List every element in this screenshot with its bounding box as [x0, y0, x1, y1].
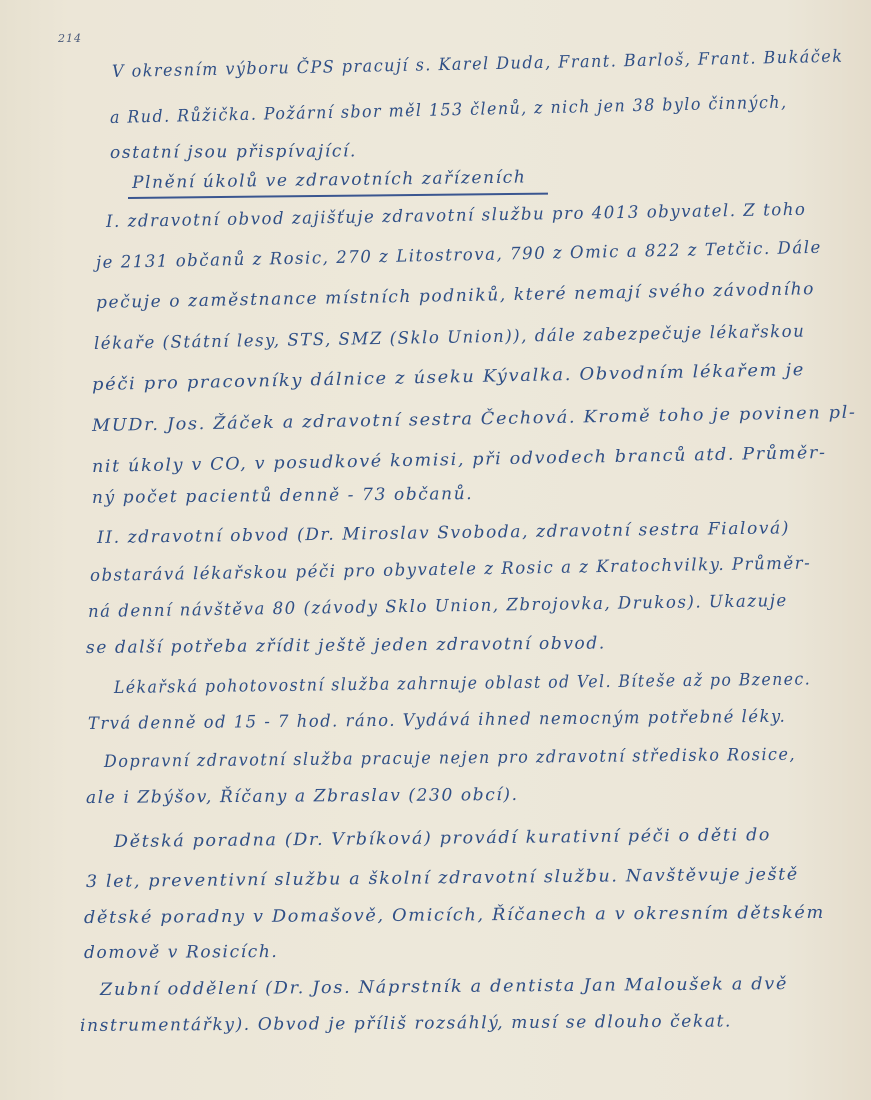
text-line: ný počet pacientů denně - 73 občanů. [92, 484, 473, 508]
text-line: je 2131 občanů z Rosic, 270 z Litostrova… [96, 238, 822, 273]
page-number: 214 [58, 32, 82, 45]
text-line: V okresním výboru ČPS pracují s. Karel D… [112, 47, 844, 82]
section-heading: Plnění úkolů ve zdravotních zařízeních [132, 167, 527, 193]
text-line: lékaře (Státní lesy, STS, SMZ (Sklo Unio… [94, 322, 806, 354]
text-line: obstarává lékařskou péči pro obyvatele z… [90, 553, 812, 586]
text-line: Lékařská pohotovostní služba zahrnuje ob… [114, 669, 811, 698]
text-line: ale i Zbýšov, Říčany a Zbraslav (230 obc… [86, 785, 519, 808]
text-line: Zubní oddělení (Dr. Jos. Náprstník a den… [100, 974, 788, 1000]
text-line: Dětská poradna (Dr. Vrbíková) provádí ku… [114, 825, 771, 852]
text-line: a Rud. Růžička. Požární sbor měl 153 čle… [110, 93, 788, 128]
text-line: I. zdravotní obvod zajišťuje zdravotní s… [106, 200, 807, 232]
text-line: ná denní návštěva 80 (závody Sklo Union,… [88, 591, 788, 622]
handwritten-page: 214 V okresním výboru ČPS pracují s. Kar… [0, 0, 871, 1100]
text-line: instrumentářky). Obvod je příliš rozsáhl… [80, 1011, 732, 1036]
heading-underline [128, 193, 548, 199]
text-line: ostatní jsou přispívající. [110, 141, 357, 163]
text-line: se další potřeba zřídit ještě jeden zdra… [86, 633, 606, 658]
text-line: II. zdravotní obvod (Dr. Miroslav Svobod… [97, 518, 790, 548]
text-line: domově v Rosicích. [84, 942, 278, 963]
text-line: pečuje o zaměstnance místních podniků, k… [96, 279, 815, 313]
text-line: péči pro pracovníky dálnice z úseku Kýva… [92, 360, 805, 395]
text-line: dětské poradny v Domašově, Omicích, Říča… [84, 903, 825, 928]
text-line: nit úkoly v CO, v posudkové komisi, při … [92, 443, 827, 477]
text-line: MUDr. Jos. Žáček a zdravotní sestra Čech… [92, 403, 857, 436]
text-line: 3 let, preventivní službu a školní zdrav… [86, 865, 799, 892]
text-line: Dopravní zdravotní služba pracuje nejen … [104, 745, 796, 772]
text-line: Trvá denně od 15 - 7 hod. ráno. Vydává i… [88, 707, 787, 734]
